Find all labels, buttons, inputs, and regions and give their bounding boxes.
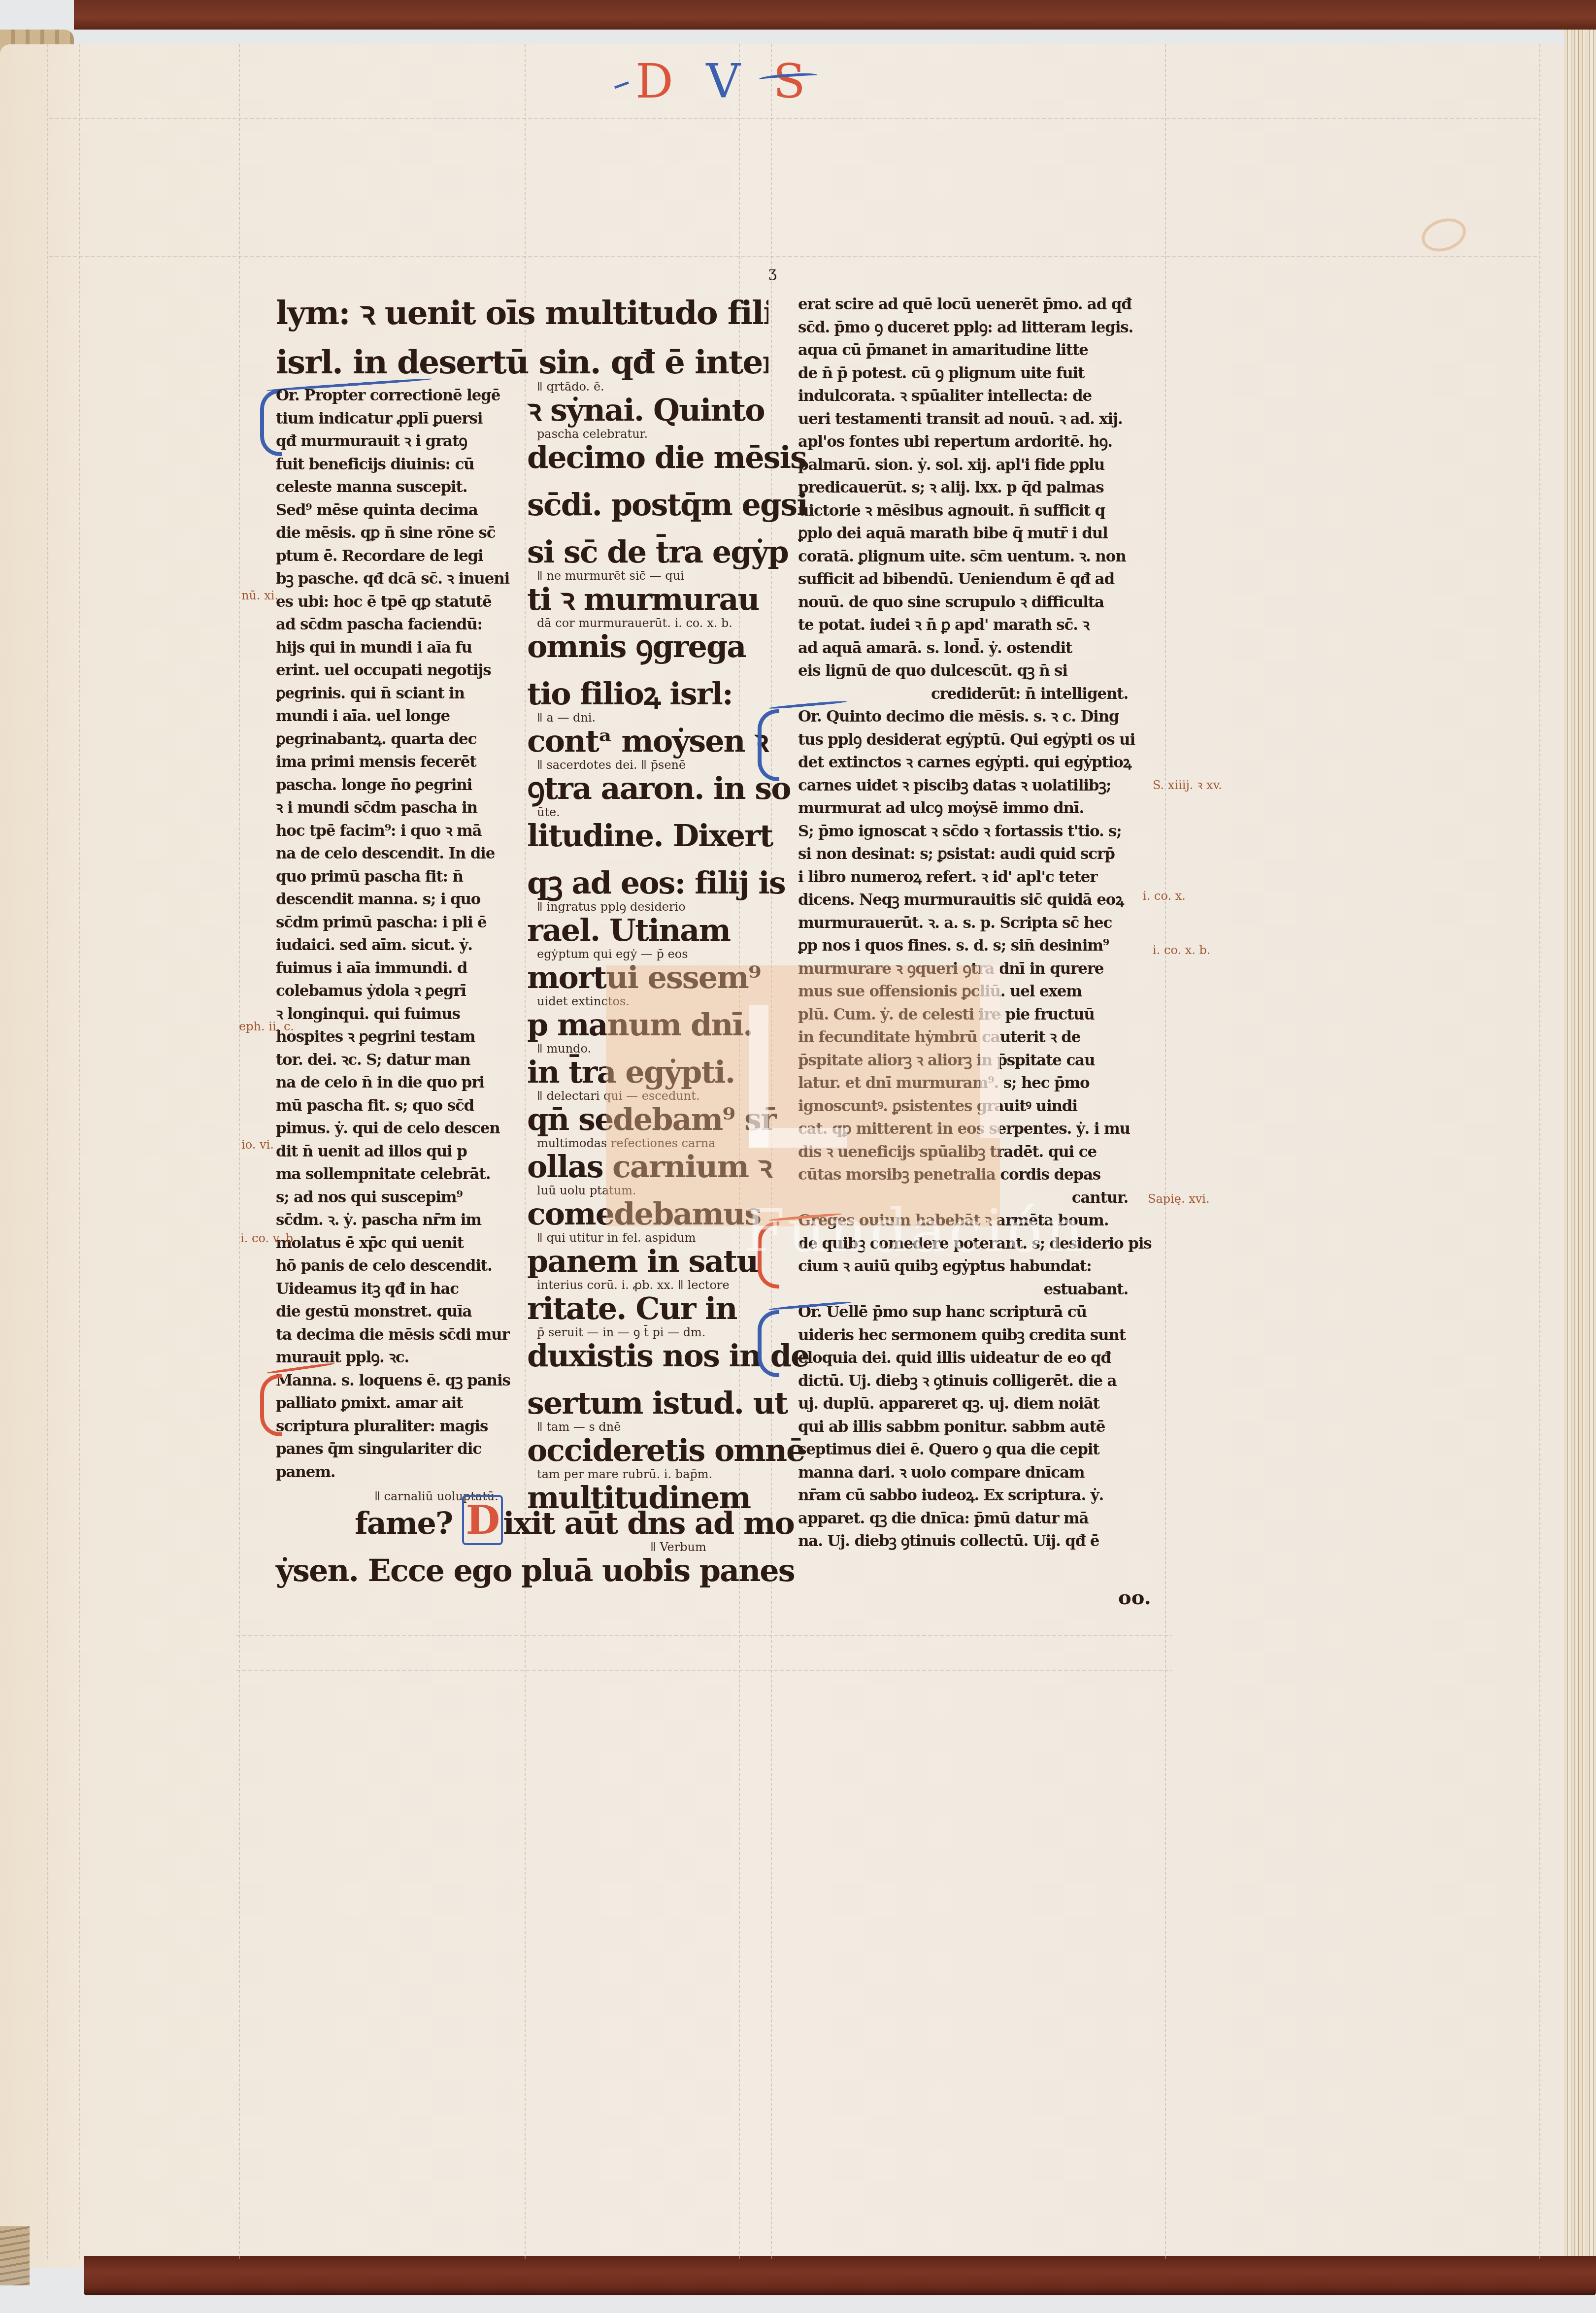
- gloss-line: S; p̄mo ignoscat ꝛ sc̄do ꝛ fortassis t't…: [798, 820, 1163, 843]
- gloss-line: dicens. Neqꝫ murmurauitis sic̄ quidā eoꝝ: [798, 889, 1163, 912]
- gloss-line: septimus diei ē. Quero ꝯ qua die cepit: [798, 1438, 1163, 1461]
- gloss-line: Or. Propter correctionē legē: [276, 384, 512, 407]
- interlinear-gloss: ǁ carnaliū uoluptatū.: [276, 1490, 768, 1503]
- gloss-line: pimus. ẏ. qui de celo descen: [276, 1117, 512, 1140]
- gloss-line: s; ad nos qui suscepim⁹: [276, 1186, 512, 1209]
- main-text-line: sertum istud. ut: [527, 1387, 768, 1420]
- paragraph-bracket-red: [260, 1374, 282, 1436]
- marginal-reference: S. xiiij. ꝛ xv.: [1153, 778, 1222, 792]
- gloss-line: erint. uel occupati negotijs: [276, 659, 512, 682]
- gloss-line: crediderūt: n̄ intelligent.: [798, 683, 1163, 706]
- main-text-line: sc̄di. postq̄m egsi: [527, 489, 768, 521]
- gloss-line: eloquia dei. quid illis uideatur de eo q…: [798, 1347, 1163, 1370]
- main-text-line: ꝯtra aaron. in so: [527, 772, 768, 805]
- gloss-line: ptum ē. Recordare de legi: [276, 545, 512, 568]
- gloss-line: ꝑegrinis. qui n̄ sciant in: [276, 682, 512, 705]
- ruling-line-horizontal: [236, 1670, 1172, 1671]
- ruling-line-vertical: [79, 44, 80, 2261]
- gloss-line: palmarū. sion. ẏ. sol. xij. apl'i fide ꝑ…: [798, 454, 1163, 477]
- gloss-line: erat scire ad quē locū uenerēt p̄mo. ad …: [798, 293, 1163, 316]
- ruling-line-vertical: [1165, 44, 1166, 2261]
- ruling-line-horizontal: [49, 256, 1537, 257]
- gloss-line: i libro numeroꝝ refert. ꝛ id' apl'c tete…: [798, 866, 1163, 889]
- gloss-line: ꝛ longinqui. qui fuimus: [276, 1003, 512, 1026]
- gloss-line: carnes uidet ꝛ piscibꝫ datas ꝛ uolatilib…: [798, 774, 1163, 797]
- gloss-line: mus sue offensionis ꝑcliū. uel exem: [798, 980, 1163, 1003]
- main-text-line: si sc̄ de t̄ra egẏp: [527, 536, 768, 568]
- gloss-line: si non desinat: s; ꝑsistat: audi quid sc…: [798, 843, 1163, 866]
- main-text-line: litudine. Dixert: [527, 820, 768, 852]
- gloss-line: pascha. longe n̄o ꝑegrini: [276, 774, 512, 797]
- gloss-line: murmurauerūt. ꝛ. a. s. p. Scripta sc̄ he…: [798, 912, 1163, 935]
- catchword: oo.: [1118, 1586, 1151, 1609]
- gloss-line: apparet. qꝫ die dnīca: p̄mū datur mā: [798, 1507, 1163, 1530]
- marginal-reference: i. co. v. b.: [240, 1231, 297, 1245]
- gloss-line: Or. Uellē p̄mo sup hanc scripturā cū: [798, 1301, 1163, 1324]
- gloss-line: eis lignū de quo dulcescūt. qꝫ n̄ si: [798, 660, 1163, 683]
- gloss-line: hoc tpē facim⁹: i quo ꝛ mā: [276, 820, 512, 843]
- main-text-line: tio filioꝝ isrl:: [527, 678, 768, 710]
- main-text-line: qꝫ ad eos: filij is: [527, 867, 768, 899]
- fore-edge-pages: [1564, 30, 1596, 2256]
- paragraph-bracket-red: [758, 1222, 779, 1289]
- main-text-line: ti ꝛ murmurau: [527, 583, 768, 616]
- ruling-line-vertical: [1539, 44, 1540, 2261]
- gloss-line: ta decima die mēsis sc̄di mur: [276, 1323, 512, 1347]
- gloss-line: colebamus ẏdola ꝛ ꝑegrī: [276, 980, 512, 1003]
- main-text-line: in t̄ra egẏpti.: [527, 1056, 768, 1089]
- main-text-line: lym: ꝛ uenit oīs multitudo filioꝝ: [276, 288, 768, 337]
- gloss-line: tium indicatur ꝓplī ꝑuersi: [276, 407, 512, 430]
- gloss-line: ad aquā amarā. s. lond̄. ẏ. ostendit: [798, 637, 1163, 660]
- gloss-line: bꝫ pasche. qđ dcā sc̄. ꝛ inueni: [276, 567, 512, 591]
- gloss-line: celeste manna suscepit.: [276, 476, 512, 499]
- gloss-line: scriptura pluraliter: magis: [276, 1415, 512, 1438]
- gloss-line: tus pplꝯ desiderat egẏptū. Qui egẏpti os…: [798, 728, 1163, 752]
- gloss-line: p̄spitate aliorꝫ ꝛ aliorꝫ in p̄spitate c…: [798, 1049, 1163, 1072]
- marginal-reference: i. co. x. b.: [1153, 943, 1210, 957]
- main-text-line: ollas carnium ꝛ: [527, 1151, 768, 1183]
- gloss-line: na. Uj. diebꝫ ꝯtinuis collectū. Uij. qđ …: [798, 1530, 1163, 1553]
- gloss-line: ꝛ i mundi sc̄dm pascha in: [276, 796, 512, 820]
- main-text-line: ẏsen. Ecce ego pluā uobis panes: [276, 1553, 768, 1588]
- main-text-line: occideretis omnē: [527, 1434, 768, 1467]
- gloss-line: cium ꝛ auiū quibꝫ egẏptus habundat:: [798, 1255, 1163, 1278]
- gloss-line: hospites ꝛ ꝑegrini testam: [276, 1025, 512, 1049]
- main-text-line: ꝛ sẏnai. Quinto: [527, 394, 768, 427]
- gloss-line: quo primū pascha fit: n̄: [276, 865, 512, 889]
- gloss-line: fuit beneficijs diuinis: cū: [276, 453, 512, 476]
- gloss-line: nouū. de quo sine scrupulo ꝛ difficulta: [798, 591, 1163, 614]
- gloss-line: det extinctos ꝛ carnes egẏpti. qui egẏpt…: [798, 751, 1163, 774]
- main-text-line: mortui essem⁹: [527, 961, 768, 994]
- gloss-line: ignoscuntꝰ. ꝑsistentes grauitꝰ uindi: [798, 1095, 1163, 1118]
- gloss-line: murmurat ad ulcꝯ moẏsē immo dnī.: [798, 797, 1163, 820]
- marginal-reference: io. vi.: [241, 1138, 274, 1152]
- gloss-line: ueri testamenti transit ad nouū. ꝛ ad. x…: [798, 408, 1163, 431]
- gloss-line: manna dari. ꝛ uolo compare dnīcam: [798, 1461, 1163, 1485]
- gloss-line: mundi i aīa. uel longe: [276, 705, 512, 728]
- binding-cover-top: [74, 0, 1596, 30]
- gloss-line: in fecunditate hẏmbrū cauterit ꝛ de: [798, 1026, 1163, 1049]
- gloss-line: sc̄dm. ꝛ. ẏ. pascha nr̄m im: [276, 1209, 512, 1232]
- binding-cover-bottom: [84, 2256, 1596, 2295]
- gloss-line: cat. qꝑ mitterent in eos serpentes. ẏ. i…: [798, 1118, 1163, 1141]
- gloss-line: qđ murmurauit ꝛ i gratꝯ: [276, 430, 512, 453]
- gloss-line: cantur.: [798, 1187, 1163, 1210]
- marginal-reference: i. co. x.: [1143, 889, 1186, 903]
- gloss-line: sc̄d. p̄mo ꝯ duceret pplꝯ: ad litteram l…: [798, 316, 1163, 339]
- main-text-line: ritate. Cur in: [527, 1292, 768, 1325]
- gloss-line: Greges ouium habebāt ꝛ armēta boum.: [798, 1209, 1163, 1232]
- gloss-line: uideris hec sermonem quibꝫ credita sunt: [798, 1324, 1163, 1347]
- gloss-line: mū pascha fit. s; quo sc̄d: [276, 1094, 512, 1118]
- main-text-center-column: ǁ qrtādo. ē. ꝛ sẏnai. Quinto pascha cele…: [527, 379, 768, 1514]
- gloss-line: tor. dei. ꝛc. S; datur man: [276, 1049, 512, 1072]
- ruling-line-vertical: [239, 44, 240, 2261]
- gloss-line: ꝑplo dei aquā marath bibe q̄ mutr̄ i dul: [798, 522, 1163, 545]
- gloss-line: Uideamus itꝫ qđ in hac: [276, 1278, 512, 1301]
- ruling-line-vertical: [47, 44, 48, 2261]
- gloss-line: indulcorata. ꝛ spūaliter intellecta: de: [798, 385, 1163, 408]
- main-text-line: omnis ꝯgrega: [527, 630, 768, 663]
- marginal-reference: eph. ii. c.: [239, 1020, 294, 1033]
- gloss-line: murmurare ꝛ ꝯqueri ꝯtra dnī in qurere: [798, 958, 1163, 981]
- header-letter: V: [706, 54, 749, 108]
- gloss-line: cūtas morsibꝫ penetralia cordis depas: [798, 1163, 1163, 1187]
- gloss-line: panem.: [276, 1461, 512, 1484]
- gloss-left-column: Or. Propter correctionē legē tium indica…: [276, 384, 512, 1484]
- gloss-line: latur. et dnī murmuram⁹. s; hec p̄mo: [798, 1072, 1163, 1095]
- marginal-mark: ʒ: [768, 266, 777, 280]
- gloss-line: Or. Quinto decimo die mēsis. s. ꝛ c. Din…: [798, 705, 1163, 728]
- main-text-line: decimo die mēsis: [527, 441, 768, 474]
- marginal-reference: Sapię. xvi.: [1148, 1192, 1210, 1206]
- interlinear-gloss: ǁ Verbum: [276, 1541, 768, 1553]
- gloss-line: ima primi mensis fecerēt: [276, 751, 512, 774]
- gloss-line: predicauerūt. s; ꝛ alij. lxx. p q̄d palm…: [798, 476, 1163, 499]
- gloss-line: de n̄ p̄ potest. cū ꝯ plignum uite fuit: [798, 362, 1163, 385]
- gloss-line: Sed⁹ mēse quinta decima: [276, 499, 512, 522]
- paragraph-bracket-blue: [758, 1310, 779, 1377]
- header-letter: D: [635, 54, 682, 108]
- gloss-line: coratā. ꝑlignum uite. sc̄m uentum. ꝛ. no…: [798, 545, 1163, 568]
- gloss-line: plū. Cum. ẏ. de celesti ire pie fructuū: [798, 1003, 1163, 1026]
- gloss-line: nr̄am cū sabbo iudeoꝝ. Ex scriptura. ẏ.: [798, 1484, 1163, 1507]
- parchment-leaf: [0, 44, 1564, 2268]
- gloss-line: palliato ꝑmixt. amar ait: [276, 1392, 512, 1415]
- gloss-line: ꝑegrinabantꝝ. quarta dec: [276, 728, 512, 751]
- gloss-line: na de celo n̄ in die quo pri: [276, 1071, 512, 1094]
- gloss-line: dictū. Uj. diebꝫ ꝛ ꝯtinuis colligerēt. d…: [798, 1370, 1163, 1393]
- gloss-line: molatus ē xp̄c qui uenit: [276, 1232, 512, 1255]
- gloss-line: aqua cū p̄manet in amaritudine litte: [798, 339, 1163, 362]
- gloss-line: dit n̄ uenit ad illos qui p: [276, 1140, 512, 1163]
- gloss-line: te potat. iudei ꝛ n̄ ꝑ apd' marath sc̄. …: [798, 614, 1163, 637]
- running-header: D V S: [635, 54, 814, 108]
- gloss-line: de quibꝫ comedere poterant. s; desiderio…: [798, 1232, 1163, 1256]
- gloss-line: qui ab illis sabbm ponitur. sabbm autē: [798, 1416, 1163, 1439]
- main-text-line: duxistis nos in de: [527, 1340, 768, 1372]
- main-text-line: qn̄ sedebam⁹ sr̄: [527, 1103, 768, 1136]
- gloss-line: die gestū monstret. quīa: [276, 1300, 512, 1323]
- main-text-fragment: ixit aūt dns ad mo: [503, 1505, 794, 1541]
- gloss-line: dis ꝛ ueneficijs spūalibꝫ tradēt. qui ce: [798, 1141, 1163, 1164]
- main-text-line: contᵃ moẏsen ꝛ: [527, 725, 768, 758]
- gloss-line: estuabant.: [798, 1278, 1163, 1301]
- gloss-line: iudaici. sed aīm. sicut. ẏ.: [276, 934, 512, 957]
- binding-spine-cords-bottom: [0, 2226, 30, 2285]
- paragraph-bracket-blue: [758, 709, 779, 781]
- main-text-line: rael. Utinam: [527, 914, 768, 947]
- gloss-line: hō panis de celo descendit.: [276, 1255, 512, 1278]
- marginal-reference: nū. xi.: [241, 589, 278, 602]
- main-text-line: panem in satu: [527, 1245, 768, 1278]
- ruling-line-horizontal: [49, 118, 1537, 119]
- gloss-line: fuimus i aīa immundi. d: [276, 957, 512, 980]
- gloss-line: na de celo descendit. In die: [276, 842, 512, 865]
- gloss-line: apl'os fontes ubi repertum ardoritē. hꝯ.: [798, 430, 1163, 454]
- gloss-line: uictorie ꝛ mēsibus agnouit. n̄ sufficit …: [798, 499, 1163, 523]
- gloss-line: panes q̄m singulariter dic: [276, 1438, 512, 1461]
- main-text-bottom: ǁ carnaliū uoluptatū. fame? Dixit aūt dn…: [276, 1490, 768, 1588]
- gloss-right-column: erat scire ad quē locū uenerēt p̄mo. ad …: [798, 293, 1163, 1553]
- gloss-line: Manna. s. loquens ē. qꝫ panis: [276, 1369, 512, 1392]
- gloss-line: ma sollempnitate celebrāt.: [276, 1163, 512, 1186]
- gloss-line: ad sc̄dm pascha faciendū:: [276, 613, 512, 636]
- gloss-line: sc̄dm primū pascha: i pli ē: [276, 911, 512, 934]
- gloss-line: sufficit ad bibendū. Ueniendum ē qđ ad: [798, 568, 1163, 591]
- gloss-line: es ubi: hoc ē tpē qꝑ statutē: [276, 591, 512, 614]
- gloss-line: descendit manna. s; i quo: [276, 888, 512, 911]
- gloss-line: die mēsis. qꝑ n̄ sine rōne sc̄: [276, 522, 512, 545]
- main-text-line: p manum dnī.: [527, 1009, 768, 1041]
- gloss-line: ꝑp nos i quos fines. s. d. s; sin̄ desin…: [798, 934, 1163, 958]
- gloss-line: hijs qui in mundi i aīa fu: [276, 636, 512, 660]
- main-text-top: lym: ꝛ uenit oīs multitudo filioꝝ isrl. …: [276, 288, 768, 387]
- decorated-initial-d: D: [462, 1495, 503, 1545]
- gloss-line: uj. duplū. appareret qꝫ. uj. diem noiāt: [798, 1392, 1163, 1416]
- main-text-line: fame? Dixit aūt dns ad mo: [276, 1503, 768, 1541]
- ruling-line-horizontal: [236, 1635, 1172, 1636]
- main-text-line: comedebamus: [527, 1198, 768, 1230]
- main-text-fragment: fame?: [355, 1505, 462, 1541]
